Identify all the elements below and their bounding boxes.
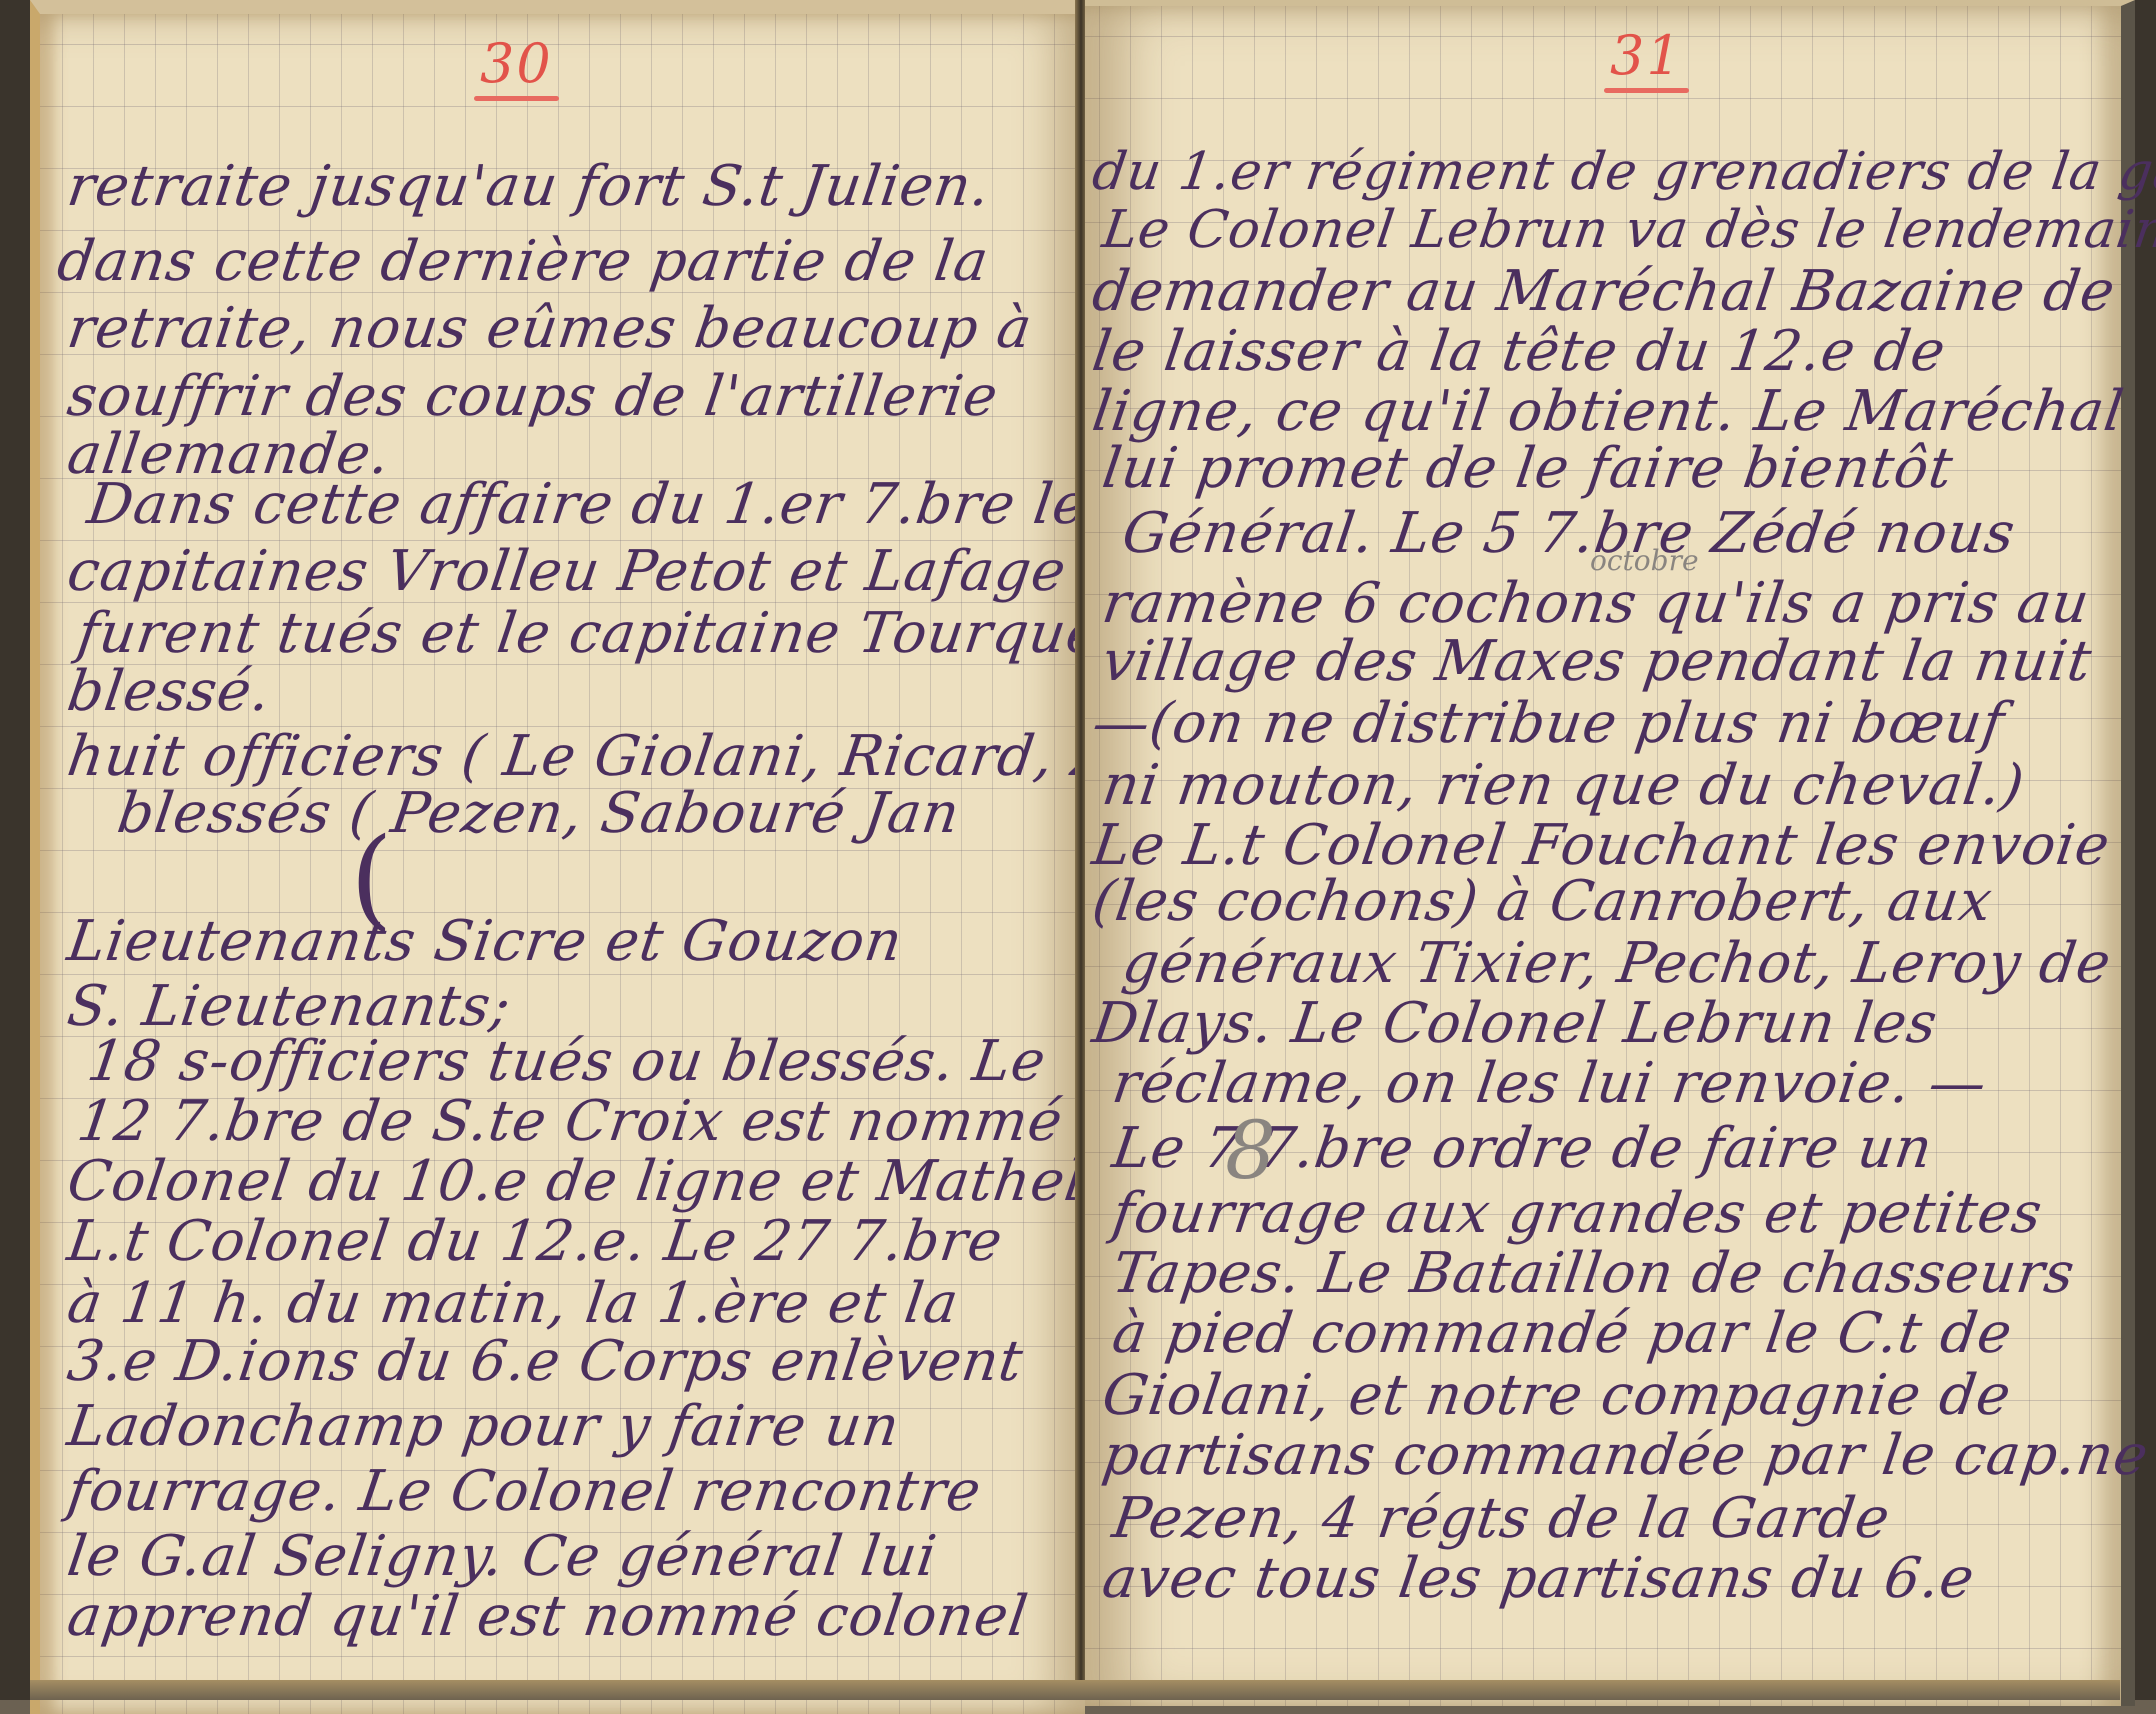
text-line: partisans commandée par le cap.ne — [1099, 1428, 2152, 1484]
text-line: 18 s-officiers tués ou blessés. Le — [84, 1034, 1049, 1090]
left-page: 30 retraite jusqu'au fort S.t Julien. da… — [30, 0, 1085, 1700]
text-line: ni mouton, rien que du cheval.) — [1099, 758, 2028, 814]
text-line: fourrage. Le Colonel rencontre — [64, 1464, 985, 1520]
text-line: huit officiers ( Le Giolani, Ricard, Zéd… — [64, 729, 1240, 785]
text-line: Giolani, et notre compagnie de — [1099, 1368, 2015, 1424]
text-line: Ladonchamp pour y faire un — [64, 1399, 903, 1455]
handwritten-text: retraite jusqu'au fort S.t Julien. dans … — [40, 14, 1085, 1700]
text-line: 3.e D.ions du 6.e Corps enlèvent — [64, 1334, 1027, 1390]
text-line: avec tous les partisans du 6.e — [1099, 1551, 1978, 1607]
text-line: retraite jusqu'au fort S.t Julien. — [64, 159, 994, 215]
text-line: Le L.t Colonel Fouchant les envoie — [1089, 818, 2113, 874]
text-line: L.t Colonel du 12.e. Le 27 7.bre — [64, 1214, 1006, 1270]
text-line: à 11 h. du matin, la 1.ère et la — [64, 1276, 962, 1332]
text-line: ramène 6 cochons qu'ils a pris au — [1099, 576, 2093, 632]
text-line: souffrir des coups de l'artillerie — [64, 369, 1002, 425]
text-line: généraux Tixier, Pechot, Leroy de — [1119, 936, 2115, 992]
text-line: dans cette dernière partie de la — [54, 234, 992, 290]
text-line: le G.al Seligny. Ce général lui — [64, 1529, 940, 1585]
text-line: furent tués et le capitaine Tourquemin — [74, 606, 1214, 662]
text-line: ligne, ce qu'il obtient. Le Maréchal — [1089, 384, 2127, 440]
text-line: 12 7.bre de S.te Croix est nommé — [74, 1094, 1066, 1150]
text-line: S. Lieutenants; — [64, 979, 514, 1035]
text-line: le laisser à la tête du 12.e de — [1089, 324, 1949, 380]
text-line: Dlays. Le Colonel Lebrun les — [1089, 996, 1941, 1052]
text-line: village des Maxes pendant la nuit — [1099, 634, 2095, 690]
text-line: Lieutenants Sicre et Gouzon — [64, 914, 906, 970]
text-line: Dans cette affaire du 1.er 7.bre les — [84, 477, 1121, 533]
text-line: retraite, nous eûmes beaucoup à — [64, 301, 1036, 357]
text-line: (les cochons) à Canrobert, aux — [1089, 874, 1996, 930]
text-line: Le Colonel Lebrun va dès le lendemain — [1099, 204, 2156, 256]
text-line: lui promet de le faire bientôt — [1099, 441, 1957, 497]
text-line: capitaines Vrolleu Petot et Lafage — [64, 544, 1070, 600]
text-line: fourrage aux grandes et petites — [1109, 1186, 2046, 1242]
text-line: du 1.er régiment de grenadiers de la gar… — [1089, 146, 2156, 198]
notebook-spread: 30 retraite jusqu'au fort S.t Julien. da… — [0, 0, 2156, 1700]
handwritten-text: du 1.er régiment de grenadiers de la gar… — [1085, 6, 2121, 1700]
text-line: Tapes. Le Bataillon de chasseurs — [1109, 1246, 2078, 1302]
text-line: apprend qu'il est nommé colonel — [64, 1589, 1031, 1645]
text-line: Général. Le 5 7.bre Zédé nous — [1119, 506, 2019, 562]
text-line: Colonel du 10.e de ligne et Mathelin — [64, 1154, 1144, 1210]
text-line: à pied commandé par le C.t de — [1109, 1306, 2016, 1362]
text-line: blessés ( Pezen, Sabouré Jan — [114, 786, 963, 842]
text-line: Pezen, 4 régts de la Garde — [1109, 1491, 1893, 1547]
right-page: 31 du 1.er régiment de grenadiers de la … — [1085, 0, 2135, 1700]
page-edge — [30, 1680, 2120, 1700]
text-line: blessé. — [64, 664, 274, 720]
text-line: —(on ne distribue plus ni bœuf — [1089, 696, 2008, 752]
text-line: demander au Maréchal Bazaine de — [1089, 264, 2119, 320]
